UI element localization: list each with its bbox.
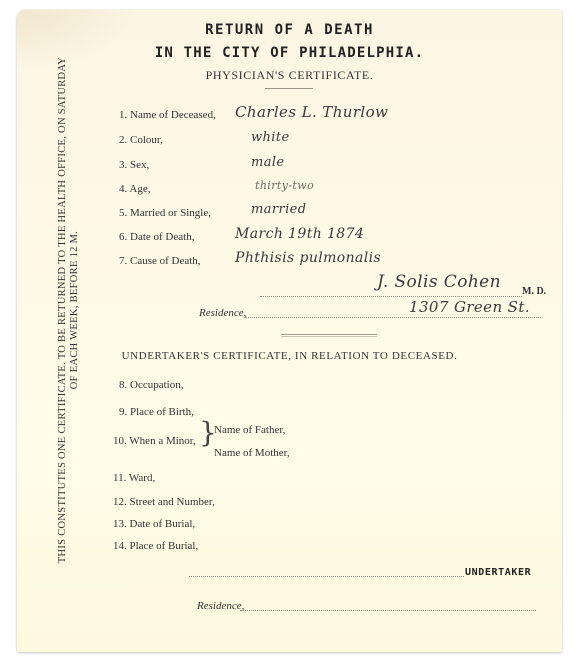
header-divider (265, 88, 313, 89)
field-label-married-or-single: 5. Married or Single, (119, 207, 211, 219)
undertaker-residence-line[interactable] (240, 610, 536, 611)
title-physicians-certificate: PHYSICIAN'S CERTIFICATE. (17, 68, 562, 83)
undertaker-residence-label: Residence, (197, 600, 244, 612)
field-label-age: 4. Age, (119, 183, 150, 195)
field-label-name-of-father: Name of Father, (214, 424, 285, 436)
field-label-street-and-number: 12. Street and Number, (113, 496, 215, 508)
section-divider (281, 334, 377, 337)
title-return-of-death: RETURN OF A DEATH (17, 22, 562, 38)
field-value-name-of-deceased[interactable]: Charles L. Thurlow (235, 103, 388, 121)
field-label-occupation: 8. Occupation, (119, 379, 183, 391)
field-value-sex[interactable]: male (251, 155, 285, 170)
field-label-place-of-birth: 9. Place of Birth, (119, 406, 194, 418)
field-label-colour: 2. Colour, (119, 134, 163, 146)
undertaker-signature-label: UNDERTAKER (465, 567, 531, 578)
death-certificate-page: RETURN OF A DEATH IN THE CITY OF PHILADE… (17, 10, 562, 652)
physician-residence-value[interactable]: 1307 Green St. (409, 298, 530, 316)
field-label-date-of-burial: 13. Date of Burial, (113, 518, 195, 530)
field-value-married-or-single[interactable]: married (251, 202, 306, 217)
field-label-name-of-deceased: 1. Name of Deceased, (119, 109, 216, 121)
field-value-cause-of-death[interactable]: Phthisis pulmonalis (235, 250, 381, 266)
physician-md-suffix: M. D. (522, 286, 546, 297)
side-note-line2: OF EACH WEEK, BEFORE 12 M. (69, 30, 81, 590)
field-value-date-of-death[interactable]: March 19th 1874 (235, 226, 364, 242)
field-label-sex: 3. Sex, (119, 159, 149, 171)
physician-signature[interactable]: J. Solis Cohen (377, 272, 501, 292)
undertaker-signature-line[interactable] (189, 576, 464, 577)
field-value-age[interactable]: thirty-two (255, 179, 314, 192)
side-note-line1: THIS CONSTITUTES ONE CERTIFICATE. TO BE … (57, 30, 69, 590)
physician-residence-label: Residence, (199, 307, 246, 319)
side-note: THIS CONSTITUTES ONE CERTIFICATE. TO BE … (57, 30, 81, 590)
physician-residence-line (245, 317, 541, 318)
field-label-ward: 11. Ward, (113, 472, 155, 484)
physician-signature-line (260, 296, 522, 297)
field-label-date-of-death: 6. Date of Death, (119, 231, 194, 243)
field-label-when-a-minor: 10. When a Minor, (113, 435, 196, 447)
field-label-place-of-burial: 14. Place of Burial, (113, 540, 198, 552)
field-label-cause-of-death: 7. Cause of Death, (119, 255, 201, 267)
undertaker-section-heading: UNDERTAKER'S CERTIFICATE, IN RELATION TO… (17, 350, 562, 362)
title-city: IN THE CITY OF PHILADELPHIA. (17, 45, 562, 61)
field-label-name-of-mother: Name of Mother, (214, 447, 290, 459)
field-value-colour[interactable]: white (251, 130, 290, 145)
